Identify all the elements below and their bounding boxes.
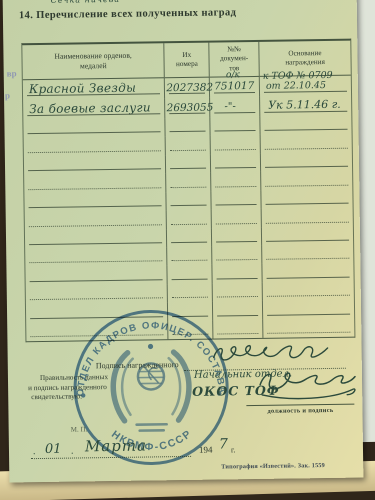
award-basis-date: от 22.10.45 — [266, 80, 326, 92]
date-month-handwritten: Марта — [85, 437, 147, 456]
faint-ink-annotation: Сечка ничева — [51, 0, 121, 5]
doc-note: о/к — [226, 70, 240, 80]
chief-signature — [252, 364, 361, 408]
doc-number: 751017 — [214, 80, 254, 93]
date-year-printed: 194 — [199, 445, 213, 455]
col-header-name: Наименование орденов, медалей — [22, 43, 165, 80]
certification-statement: Правильность данных и подпись награжденн… — [28, 373, 108, 403]
date-day-handwritten: 01 — [45, 442, 62, 457]
printer-imprint: Типография «Известий». Зак. 1559 — [221, 462, 325, 470]
date-year-handwritten: 7 — [219, 436, 228, 452]
section-title: 14. Перечисление всех полученных наград — [19, 6, 349, 22]
ditto-mark: -"- — [224, 101, 236, 112]
awardee-signature-label: Подпись награжденного — [96, 360, 179, 370]
award-record-card: Сечка ничева вр р 14. Перечисление всех … — [3, 0, 364, 482]
awards-table: Наименование орденов, медалей Их номера … — [21, 39, 355, 343]
position-caption: должность и подпись — [246, 407, 354, 416]
margin-stamp-mark: р — [5, 90, 10, 100]
award-basis: Ук 5.11.46 г. — [268, 98, 341, 112]
col-header-number: Их номера — [165, 43, 210, 79]
date-year-suffix: г. — [231, 445, 236, 454]
margin-stamp-mark: вр — [7, 68, 17, 78]
seal-place-note: М. П. — [71, 425, 88, 433]
scanned-photo: Сечка ничева вр р 14. Перечисление всех … — [0, 0, 375, 500]
